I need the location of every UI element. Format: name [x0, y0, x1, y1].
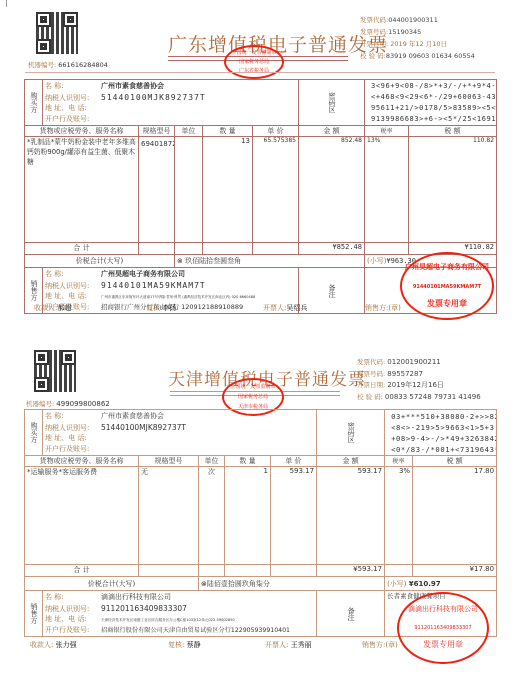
cipher-label: 密码区: [317, 410, 385, 456]
seller-tax-id: 911201163409833307: [101, 604, 187, 613]
footer-reviewer: 复核: 蔡静: [168, 640, 201, 650]
buyer-name: 广州市素食慈善协会: [101, 82, 164, 90]
item-amount: 593.17: [317, 467, 385, 565]
footer-payee: 收款人: 张力强: [30, 640, 77, 650]
footer-reviewer: 复核:李扬: [146, 303, 176, 313]
items-header: 货物或应税劳务、服务名称 规格型号 单位 数 量 单 价 金 额 税率 税 额: [25, 456, 497, 467]
machine-number: 机器编号: 661616284804: [28, 60, 108, 69]
total-tax: ¥17.80: [413, 565, 497, 577]
items-header: 货物或应税劳务、服务名称 规格型号 单位 数 量 单 价 金 额 税率 税 额: [25, 126, 497, 137]
header-divider: [25, 72, 495, 73]
seller-invoice-stamp: 广州昊超电子商务有限公司 91440101MA59KMAM7T 发票专用章: [400, 252, 494, 320]
table-row: *运输服务*客运服务费 无 次 1 593.17 593.17 3% 17.80: [25, 467, 497, 565]
invoice-meta: 发票代码:044001900311 发票号码:15190345 开票日期: 20…: [360, 14, 475, 62]
total-amount: ¥593.17: [317, 565, 385, 577]
cipher-area: 3<96+9<08-/8>*+3/-/+*+9*4-/ <+468<9<29<6…: [365, 80, 497, 126]
item-tax: 110.82: [409, 137, 497, 243]
seller-name: 广州昊超电子商务有限公司: [101, 270, 185, 278]
buyer-info: 名 称:广州市素食慈善协会 纳税人识别号:51440100MJK892737T …: [43, 80, 299, 126]
buyer-side-label: 购买方: [25, 80, 43, 126]
item-tax: 17.80: [413, 467, 497, 565]
qr-code: [34, 350, 76, 392]
buyer-side-label: 购买方: [25, 410, 43, 456]
seller-address: 广州市番禺区东环街东环大道南17号华隆·君荣·科贸 (番禺经济技术开发区商业区内…: [101, 295, 255, 299]
footer-payee: 收款人:郝超: [34, 303, 71, 313]
footer-seller-seal: 销售方:(章): [362, 640, 398, 650]
buyer-tax-id: 51440100MJK892737T: [101, 93, 206, 102]
total-amount: ¥852.48: [299, 243, 365, 255]
item-name: *乳制品*蒙牛奶粉金装中老年多维高钙奶粉900g/罐添有益生菌、低聚木糖: [25, 137, 139, 243]
item-qty: 1: [225, 467, 271, 565]
remarks-label: 备注: [299, 268, 365, 314]
buyer-tax-id: 51440100MJK892737T: [101, 423, 186, 432]
grand-total-amount: ¥610.97: [409, 580, 441, 588]
seller-info: 名 称:滴滴出行科技有限公司 纳税人识别号:911201163409833307…: [43, 591, 317, 637]
total-row: 合 计 ¥593.17 ¥17.80: [25, 565, 497, 577]
item-spec: 无: [139, 467, 199, 565]
invoice-tianjin: 机器编号: 499099800862 天津增值税电子普通发票 全国统一发票监制章…: [0, 340, 518, 700]
item-qty: 13: [203, 137, 253, 243]
cipher-label: 密码区: [299, 80, 365, 126]
seller-bank: 招商银行股份有限公司天津自由贸易试验区分行122905939910401: [101, 627, 290, 634]
seller-invoice-stamp: 滴滴出行科技有限公司 911201163409833307 发票专用章: [397, 592, 489, 664]
table-row: *乳制品*蒙牛奶粉金装中老年多维高钙奶粉900g/罐添有益生菌、低聚木糖 694…: [25, 137, 497, 243]
item-rate: 3%: [385, 467, 413, 565]
total-row: 合 计 ¥852.48 ¥110.82: [25, 243, 497, 255]
grand-total-words: ⊗ 玖佰陆拾叁圆叁角: [175, 255, 365, 268]
cipher-area: 03+***510+38080-2+>>82711907 <8<>-219>5>…: [385, 410, 497, 456]
item-spec: 6940187220065: [139, 137, 175, 243]
grand-total-row: 价税合计(大写) ⊗陆佰壹拾圆玖角柒分 (小写) ¥610.97: [25, 577, 497, 591]
item-name: *运输服务*客运服务费: [25, 467, 139, 565]
grand-total-words: ⊗陆佰壹拾圆玖角柒分: [199, 577, 385, 591]
footer-drawer: 开票人: 王秀丽: [265, 640, 312, 650]
footer-seller-seal: 销售方:(章): [365, 303, 401, 313]
buyer-name: 广州市素食慈善协会: [101, 412, 164, 420]
remarks-label: 备注: [317, 591, 385, 637]
item-unit: [175, 137, 203, 243]
qr-code: [36, 12, 78, 54]
seller-name: 滴滴出行科技有限公司: [101, 593, 171, 601]
item-rate: 13%: [365, 137, 409, 243]
seller-side-label: 销售方: [25, 591, 43, 637]
invoice-guangdong: 机器编号: 661616284804 广东增值税电子普通发票 全国统一发票监制章…: [0, 0, 518, 330]
item-unit: 次: [199, 467, 225, 565]
item-price: 593.17: [271, 467, 317, 565]
buyer-info: 名 称:广州市素食慈善协会 纳税人识别号:51440100MJK892737T …: [43, 410, 317, 456]
machine-number: 机器编号: 499099800862: [26, 399, 110, 408]
tax-bureau-stamp: 全国统一发票监制章 国家税务总局 广东省税务局: [224, 45, 284, 79]
invoice-meta: 发票代码: 012001900211 发票号码: 89557287 开票日期: …: [357, 357, 481, 403]
item-price: 65.575385: [253, 137, 299, 243]
seller-tax-id: 91440101MA59KMAM7T: [101, 281, 206, 290]
seller-address: 天津经济技术开发区南港工业区综合服务区办公楼C座103室12单元022-5900…: [101, 618, 235, 622]
footer-drawer: 开票人:吴绍兵: [263, 303, 307, 313]
item-amount: 852.48: [299, 137, 365, 243]
